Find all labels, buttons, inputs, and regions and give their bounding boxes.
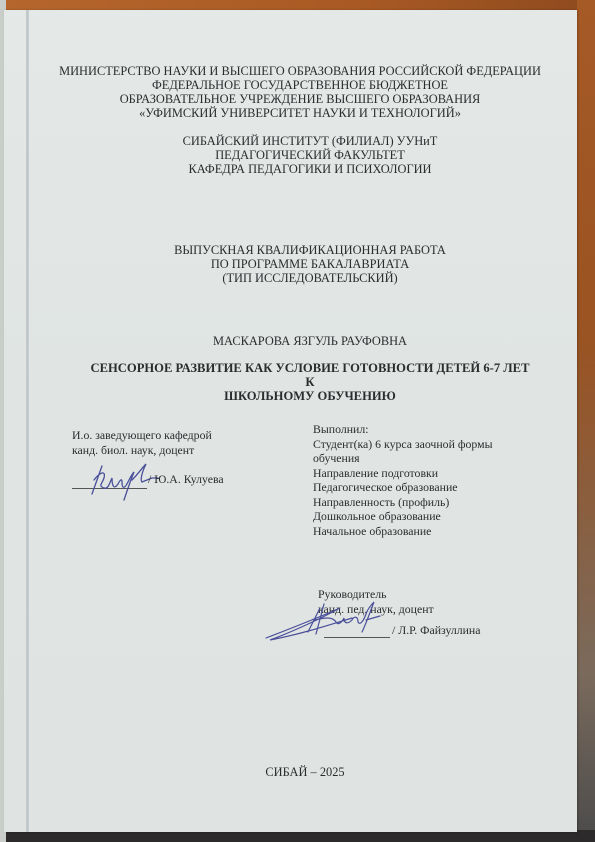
background-wood-right [577, 0, 595, 842]
header-line: «УФИМСКИЙ УНИВЕРСИТЕТ НАУКИ И ТЕХНОЛОГИЙ… [40, 106, 560, 120]
performed-line: Направленность (профиль) [313, 495, 513, 510]
header-line: МИНИСТЕРСТВО НАУКИ И ВЫСШЕГО ОБРАЗОВАНИЯ… [40, 64, 560, 78]
performed-line: Дошкольное образование [313, 509, 513, 524]
author-name: МАСКАРОВА ЯЗГУЛЬ РАУФОВНА [100, 334, 520, 348]
work-type-line: ПО ПРОГРАММЕ БАКАЛАВРИАТА [150, 257, 470, 271]
work-type: ВЫПУСКНАЯ КВАЛИФИКАЦИОННАЯ РАБОТА ПО ПРО… [150, 243, 470, 285]
performed-line: Начальное образование [313, 524, 513, 539]
head-degree: канд. биол. наук, доцент [72, 443, 212, 458]
institute-header: СИБАЙСКИЙ ИНСТИТУТ (ФИЛИАЛ) УУНиТ ПЕДАГО… [150, 134, 470, 176]
header-line: ОБРАЗОВАТЕЛЬНОЕ УЧРЕЖДЕНИЕ ВЫСШЕГО ОБРАЗ… [40, 92, 560, 106]
head-role: И.о. заведующего кафедрой [72, 428, 212, 443]
header-line: ФЕДЕРАЛЬНОЕ ГОСУДАРСТВЕННОЕ БЮДЖЕТНОЕ [40, 78, 560, 92]
performed-line: обучения [313, 451, 513, 466]
head-name: / Ю.А. Кулуева [148, 472, 224, 486]
performed-line: Студент(ка) 6 курса заочной формы [313, 437, 513, 452]
performed-line: Педагогическое образование [313, 480, 513, 495]
institute-line: СИБАЙСКИЙ ИНСТИТУТ (ФИЛИАЛ) УУНиТ [150, 134, 470, 148]
work-type-line: ВЫПУСКНАЯ КВАЛИФИКАЦИОННАЯ РАБОТА [150, 243, 470, 257]
supervisor-name: / Л.Р. Файзуллина [392, 623, 480, 637]
ministry-header: МИНИСТЕРСТВО НАУКИ И ВЫСШЕГО ОБРАЗОВАНИЯ… [40, 64, 560, 120]
performed-by-block: Выполнил: Студент(ка) 6 курса заочной фо… [313, 422, 513, 538]
performed-line: Направление подготовки [313, 466, 513, 481]
title-line: ШКОЛЬНОМУ ОБУЧЕНИЮ [90, 389, 530, 403]
binding-edge [26, 10, 29, 832]
institute-line: ПЕДАГОГИЧЕСКИЙ ФАКУЛЬТЕТ [150, 148, 470, 162]
work-type-line: (ТИП ИССЛЕДОВАТЕЛЬСКИЙ) [150, 271, 470, 285]
performed-line: Выполнил: [313, 422, 513, 437]
signature-supervisor [262, 598, 392, 646]
head-of-department-block: И.о. заведующего кафедрой канд. биол. на… [72, 428, 212, 458]
title-line: СЕНСОРНОЕ РАЗВИТИЕ КАК УСЛОВИЕ ГОТОВНОСТ… [90, 361, 530, 389]
institute-line: КАФЕДРА ПЕДАГОГИКИ И ПСИХОЛОГИИ [150, 162, 470, 176]
city-year: СИБАЙ – 2025 [230, 765, 380, 779]
thesis-title: СЕНСОРНОЕ РАЗВИТИЕ КАК УСЛОВИЕ ГОТОВНОСТ… [90, 361, 530, 403]
